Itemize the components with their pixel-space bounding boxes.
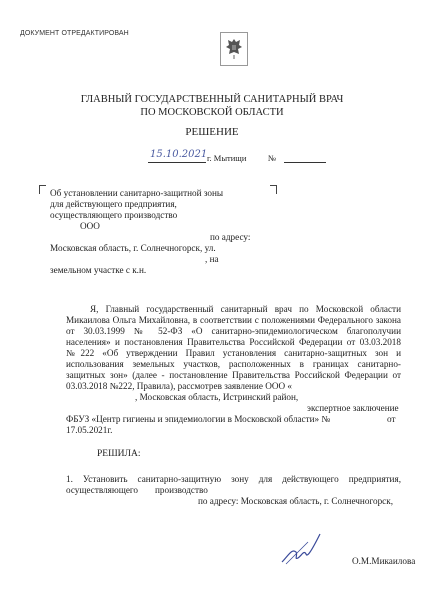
signature-icon: [278, 528, 322, 573]
decision-item-1-cont: осуществляющего: [66, 485, 138, 496]
body-line: 17.05.2021г.: [66, 425, 112, 436]
authority-line-2: ПО МОСКОВСКОЙ ОБЛАСТИ: [0, 107, 424, 118]
number-label: №: [268, 153, 276, 164]
subject-line: Московская область, г. Солнечногорск, ул…: [50, 243, 216, 254]
body-line: от 30.03.1999 № 52-ФЗ «О санитарно-эпиде…: [66, 326, 401, 337]
subject-line: Об установлении санитарно-защитной зоны: [50, 188, 223, 199]
body-line: №222 «Об утверждении Правил установления…: [66, 348, 401, 359]
body-line: населения» и постановления Правительства…: [66, 337, 401, 348]
body-line: Микаилова Ольга Михайловна, в соответств…: [66, 315, 401, 326]
decided-label: РЕШИЛА:: [97, 449, 140, 460]
subject-line: , на: [205, 254, 219, 265]
city: г. Мытищи: [207, 153, 246, 164]
document-title: РЕШЕНИЕ: [0, 126, 424, 138]
handwritten-date: 15.10.2021: [150, 149, 207, 160]
body-line: от: [387, 414, 396, 425]
decision-item-1-cont: производство: [155, 485, 208, 496]
authority-line-1: ГЛАВНЫЙ ГОСУДАРСТВЕННЫЙ САНИТАРНЫЙ ВРАЧ: [0, 94, 424, 105]
body-line: 03.03.2018 №222, Правила), рассмотрев за…: [66, 381, 292, 392]
subject-line: ООО: [80, 221, 100, 232]
subject-line: земельном участке с к.н.: [50, 265, 146, 276]
body-line: использования земельных участков, распол…: [66, 359, 401, 370]
decision-item-1-address: по адресу: Московская область, г. Солнеч…: [198, 496, 393, 507]
date-underline: [148, 162, 206, 163]
body-line: Я, Главный государственный санитарный вр…: [90, 304, 401, 315]
bracket-left: [39, 185, 46, 194]
bracket-right: [270, 185, 277, 194]
subject-line: осуществляющего производство: [50, 210, 177, 221]
subject-line: по адресу:: [210, 232, 250, 243]
coat-of-arms-icon: [220, 32, 248, 66]
number-underline: [284, 162, 326, 163]
body-line: защитных зон» (далее - постановление Пра…: [66, 370, 401, 381]
decision-item-1: 1. Установить санитарно-защитную зону дл…: [66, 474, 401, 485]
body-line: , Московская область, Истринский район,: [135, 392, 298, 403]
body-line: ФБУЗ «Центр гигиены и эпидемиологии в Мо…: [66, 414, 330, 425]
body-line: экспертное заключение: [307, 403, 399, 414]
signatory-name: О.М.Микаилова: [352, 556, 415, 567]
subject-line: для действующего предприятия,: [50, 199, 177, 210]
edited-stamp: ДОКУМЕНТ ОТРЕДАКТИРОВАН: [20, 30, 129, 37]
